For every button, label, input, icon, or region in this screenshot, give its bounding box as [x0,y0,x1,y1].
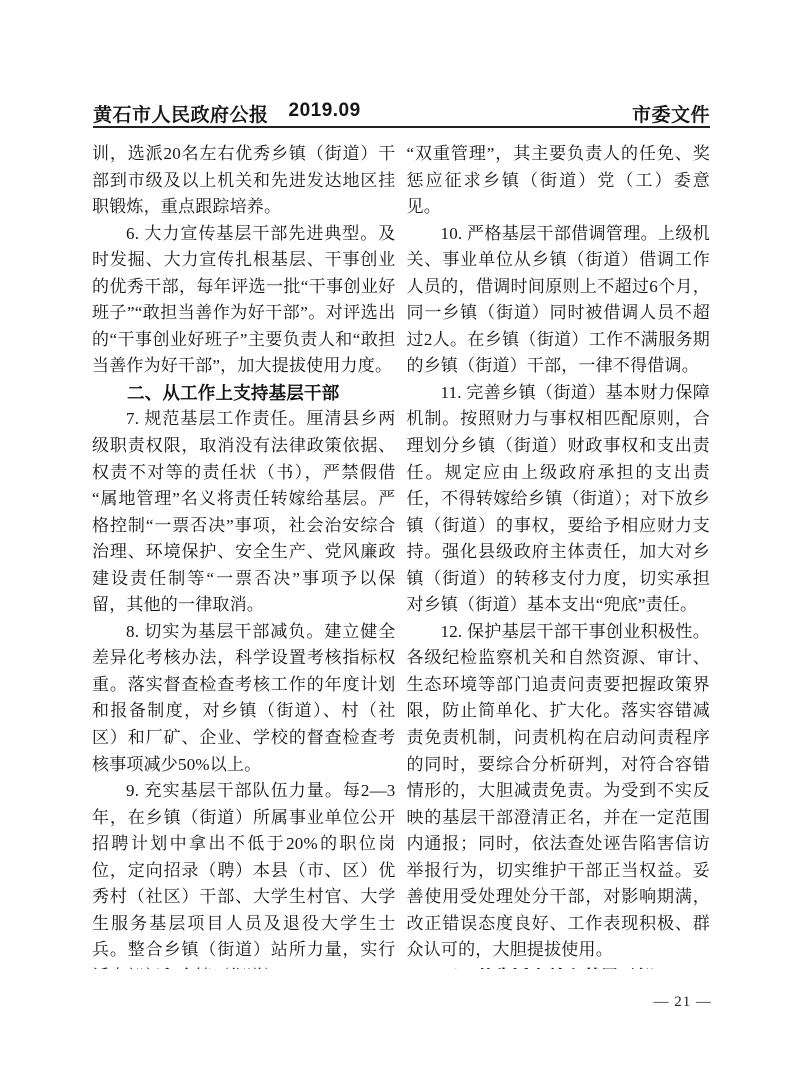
paragraph: 11. 完善乡镇（街道）基本财力保障机制。按照财力与事权相匹配原则，合理划分乡镇… [407,380,711,619]
paragraph: 10. 严格基层干部借调管理。上级机关、事业单位从乡镇（街道）借调工作人员的，借… [407,221,711,380]
paragraph: 训，选派20名左右优秀乡镇（街道）干部到市级及以上机关和先进发达地区挂职锻炼，重… [92,141,396,221]
right-column: “双重管理”，其主要负责人的任免、奖惩应征求乡镇（街道）党（工）委意见。 10.… [407,141,711,969]
page-footer: — 21 — [654,994,713,1011]
header-divider [93,126,710,128]
paragraph: 8. 切实为基层干部减负。建立健全差异化考核办法，科学设置考核指标权重。落实督查… [92,619,396,778]
gazette-page: 黄石市人民政府公报 2019.09 市委文件 训，选派20名左右优秀乡镇（街道）… [0,0,800,1085]
header-publication-title: 黄石市人民政府公报 [93,100,269,127]
paragraph: “双重管理”，其主要负责人的任免、奖惩应征求乡镇（街道）党（工）委意见。 [407,141,711,221]
header-doc-category: 市委文件 [632,100,710,127]
paragraph: 7. 规范基层工作责任。厘清县乡两级职责权限，取消没有法律政策依据、权责不对等的… [92,406,396,618]
page-header: 黄石市人民政府公报 2019.09 市委文件 [93,100,710,127]
left-column: 训，选派20名左右优秀乡镇（街道）干部到市级及以上机关和先进发达地区挂职锻炼，重… [92,141,396,969]
paragraph: 12. 保护基层干部干事创业积极性。各级纪检监察机关和自然资源、审计、生态环境等… [407,619,711,964]
header-issue-date: 2019.09 [289,100,361,127]
header-left-group: 黄石市人民政府公报 2019.09 [93,100,361,127]
paragraph: 9. 充实基层干部队伍力量。每2—3年，在乡镇（街道）所属事业单位公开招聘计划中… [92,778,396,969]
document-body: 训，选派20名左右优秀乡镇（街道）干部到市级及以上机关和先进发达地区挂职锻炼，重… [92,141,710,969]
section-heading: 二、从工作上支持基层干部 [92,380,396,407]
section-heading: 三、从生活上关心基层干部 [407,964,711,969]
page-number: — 21 — [654,994,713,1010]
paragraph: 6. 大力宣传基层干部先进典型。及时发掘、大力宣传扎根基层、干事创业的优秀干部，… [92,221,396,380]
